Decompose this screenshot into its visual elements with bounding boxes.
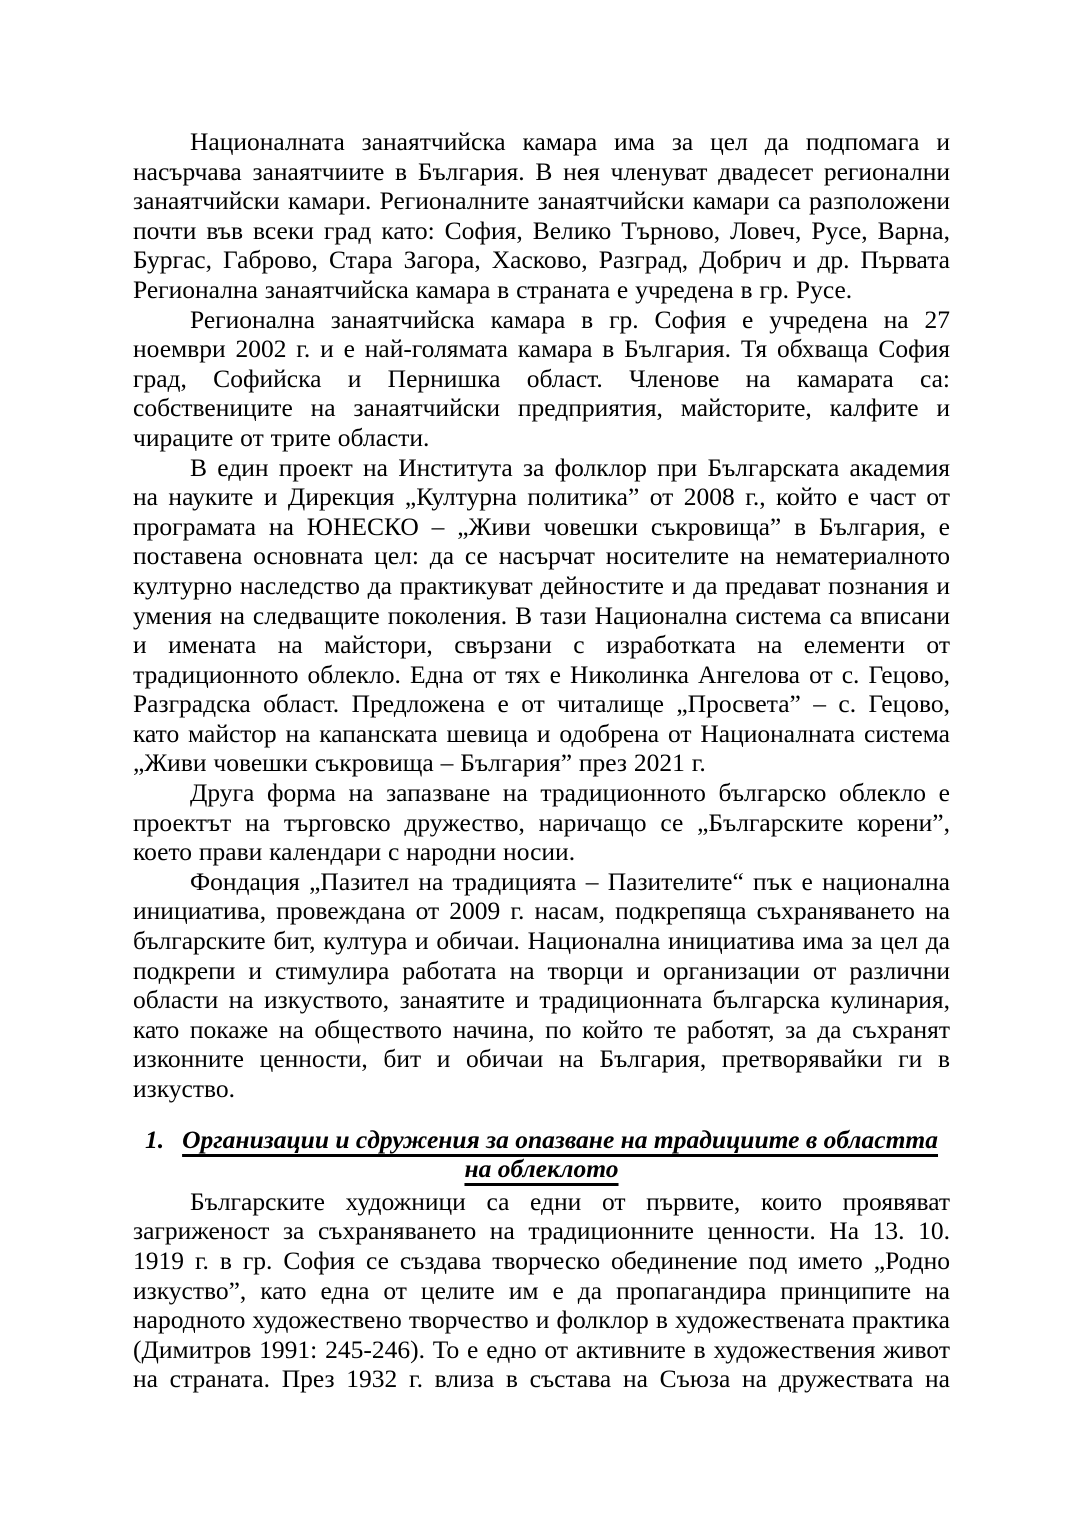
- paragraph-2: Регионална занаятчийска камара в гр. Соф…: [133, 305, 950, 453]
- section-heading-text: Организации и сдружения за опазване на т…: [182, 1125, 938, 1184]
- document-page: Националната занаятчийска камара има за …: [0, 0, 1080, 1527]
- paragraph-1: Националната занаятчийска камара има за …: [133, 127, 950, 305]
- paragraph-3: В един проект на Института за фолклор пр…: [133, 453, 950, 779]
- paragraph-4: Друга форма на запазване на традиционнот…: [133, 778, 950, 867]
- section-heading-number: 1.: [145, 1125, 164, 1154]
- paragraph-5: Фондация „Пазител на традицията – Пазите…: [133, 867, 950, 1104]
- paragraph-6: Българските художници са едни от първите…: [133, 1187, 950, 1394]
- section-heading: 1.Организации и сдружения за опазване на…: [133, 1125, 950, 1184]
